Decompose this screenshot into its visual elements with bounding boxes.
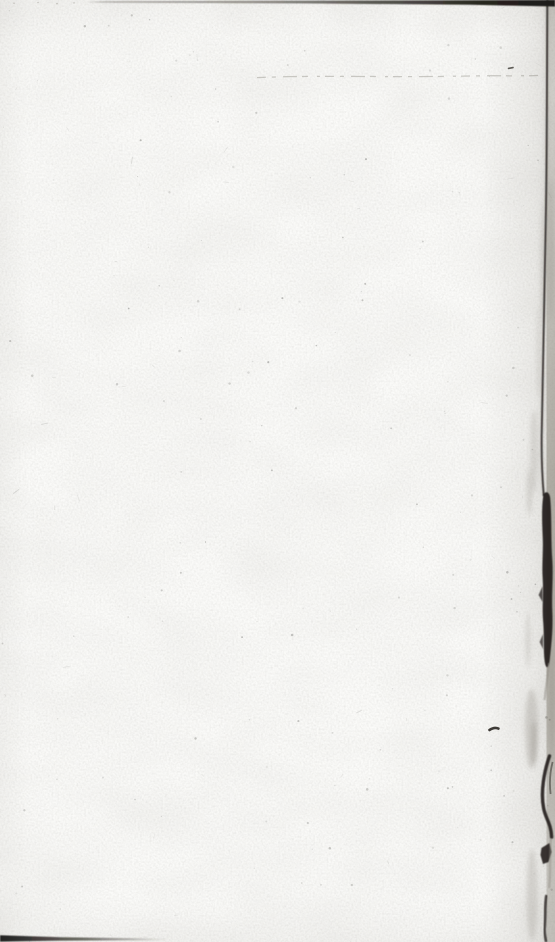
edge-smudge-left-of-tear xyxy=(526,612,531,668)
page-artifacts xyxy=(0,0,555,942)
edge-smudge-mid xyxy=(536,306,540,398)
edge-ink-streak-bottom xyxy=(545,895,547,942)
scanned-page xyxy=(0,0,555,942)
edge-smudge-band-core xyxy=(531,721,537,765)
edge-smudge-bottom-band xyxy=(527,849,538,941)
edge-smudge-at-tear xyxy=(527,468,532,516)
edge-smudge-strip-upper xyxy=(548,180,554,320)
ink-speck-mark xyxy=(509,68,514,69)
paper-grain-layer xyxy=(0,0,555,942)
edge-gray-stroke xyxy=(549,838,551,888)
